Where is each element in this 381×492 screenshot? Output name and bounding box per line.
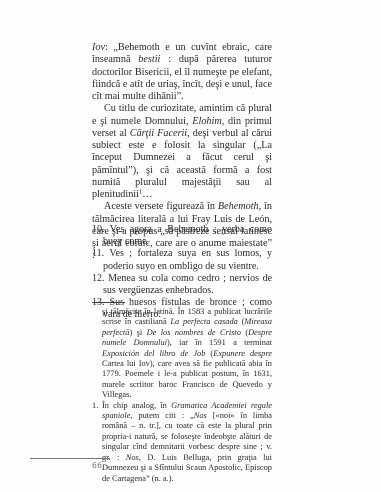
verse-item: 11. Ves ; fortaleza suya en sus lomos, y… (92, 248, 272, 272)
verse-number: 12. (92, 273, 105, 284)
footnote-divider (92, 302, 125, 303)
footnote-text: În chip analog, în Gramatica Academiei r… (102, 401, 272, 484)
verse-item: 10. Ves agora a Behemoth ; yerba como bu… (92, 224, 272, 248)
verse-text: Menea su cola como cedro ; nervios de su… (103, 273, 272, 296)
text-run: , putem citi : „ (130, 411, 193, 420)
footnotes: şi tălmăcite în latină. În 1583 a public… (92, 307, 272, 484)
page-number-rule (30, 458, 110, 459)
paragraph-plural-name: Cu titlu de curiozitate, amintim că plur… (92, 103, 272, 201)
text-run: În chip analog, în (102, 401, 171, 410)
footnote-1: 1. În chip analog, în Gramatica Academie… (92, 401, 272, 484)
italic-term: Elohim (192, 116, 221, 127)
italic-title: Expunere despre (213, 349, 272, 358)
text-run: ), iar în 1591 a terminat (167, 338, 272, 347)
italic-term: Iov (92, 42, 105, 53)
verse-number: 11. (92, 248, 104, 259)
italic-title: Exposición del libro de Job (102, 349, 205, 358)
text-run: ) şi (129, 328, 146, 337)
page-number: 66 (92, 461, 102, 470)
verse-item: 12. Menea su cola como cedro ; nervios d… (92, 273, 272, 297)
footnote-number: 1. (92, 401, 102, 484)
footnote-continuation: şi tălmăcite în latină. În 1583 a public… (92, 307, 272, 401)
book-page: Iov: „Behemoth e un cuvînt ebraic, care … (0, 0, 381, 492)
italic-term: Cărţii Facerii (130, 128, 187, 139)
italic-title: De los nombres de Cristo (147, 328, 241, 337)
verse-text: Ves agora a Behemoth ; yerba como buey c… (103, 224, 272, 247)
italic-term: bestii (138, 54, 160, 65)
italic-term: Nos (194, 411, 207, 420)
text-run: … (142, 189, 152, 200)
verse-number: 10. (92, 224, 105, 235)
italic-term: Behemoth (218, 201, 259, 212)
text-run: Aceste versete figurează în (104, 201, 218, 212)
italic-title: La perfecta casada (170, 317, 237, 326)
text-run: Cartea lui Iov), care avea să fie public… (102, 359, 272, 399)
italic-term: Nos (126, 453, 139, 462)
paragraph-behemoth-definition: Iov: „Behemoth e un cuvînt ebraic, care … (92, 42, 272, 103)
verse-text: Ves ; fortaleza suya en sus lomos, y pod… (103, 248, 272, 271)
